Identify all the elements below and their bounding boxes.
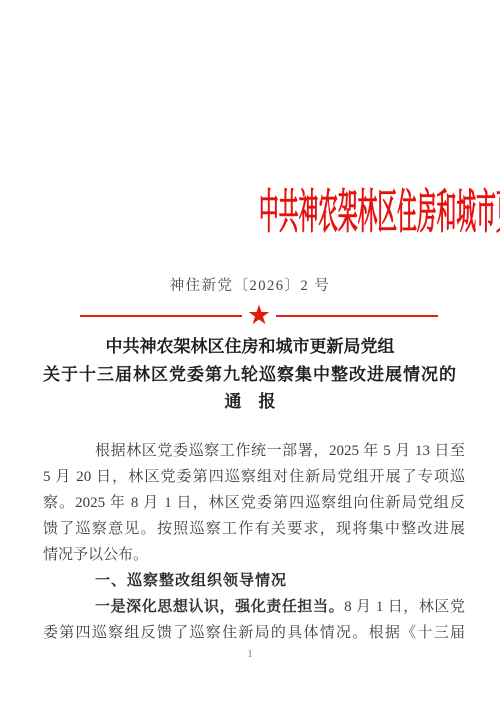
- body-line: 根据林区党委巡察工作统一部署，2025 年 5 月 13 日至: [43, 438, 465, 464]
- red-header-banner: 中共神农架林区住房和城市更新局党组文件: [0, 182, 500, 244]
- document-body: 根据林区党委巡察工作统一部署，2025 年 5 月 13 日至 5 月 20 日…: [43, 438, 465, 646]
- divider-line-left: [80, 315, 242, 317]
- body-line: 5 月 20 日，林区党委第四巡察组对住新局党组开展了专项巡: [43, 464, 465, 490]
- red-divider: ★: [80, 302, 438, 330]
- body-line: 委第四巡察组反馈了巡察住新局的具体情况。根据《十三届: [43, 620, 465, 646]
- page-number: 1: [0, 648, 500, 660]
- body-text-segment: 8 月 1 日，林区党: [344, 599, 465, 615]
- body-line: 一是深化思想认识，强化责任担当。8 月 1 日，林区党: [43, 594, 465, 620]
- bold-lead-phrase: 一是深化思想认识，强化责任担当。: [95, 599, 344, 615]
- banner-title: 中共神农架林区住房和城市更新局党组文件: [259, 182, 500, 244]
- title-line-1: 中共神农架林区住房和城市更新局党组: [0, 333, 500, 361]
- divider-line-right: [276, 315, 438, 317]
- title-line-2: 关于十三届林区党委第九轮巡察集中整改进展情况的: [0, 361, 500, 389]
- document-number: 神住新党〔2026〕2 号: [0, 276, 500, 296]
- document-page: 中共神农架林区住房和城市更新局党组文件 神住新党〔2026〕2 号 ★ 中共神农…: [0, 0, 500, 707]
- body-line: 察。2025 年 8 月 1 日，林区党委第四巡察组向住新局党组反: [43, 490, 465, 516]
- star-icon: ★: [247, 302, 271, 330]
- body-line: 情况予以公布。: [43, 542, 465, 568]
- body-line: 馈了巡察意见。按照巡察工作有关要求，现将集中整改进展: [43, 516, 465, 542]
- title-line-3: 通 报: [0, 388, 500, 416]
- section-heading: 一、巡察整改组织领导情况: [43, 568, 465, 594]
- document-title: 中共神农架林区住房和城市更新局党组 关于十三届林区党委第九轮巡察集中整改进展情况…: [0, 333, 500, 416]
